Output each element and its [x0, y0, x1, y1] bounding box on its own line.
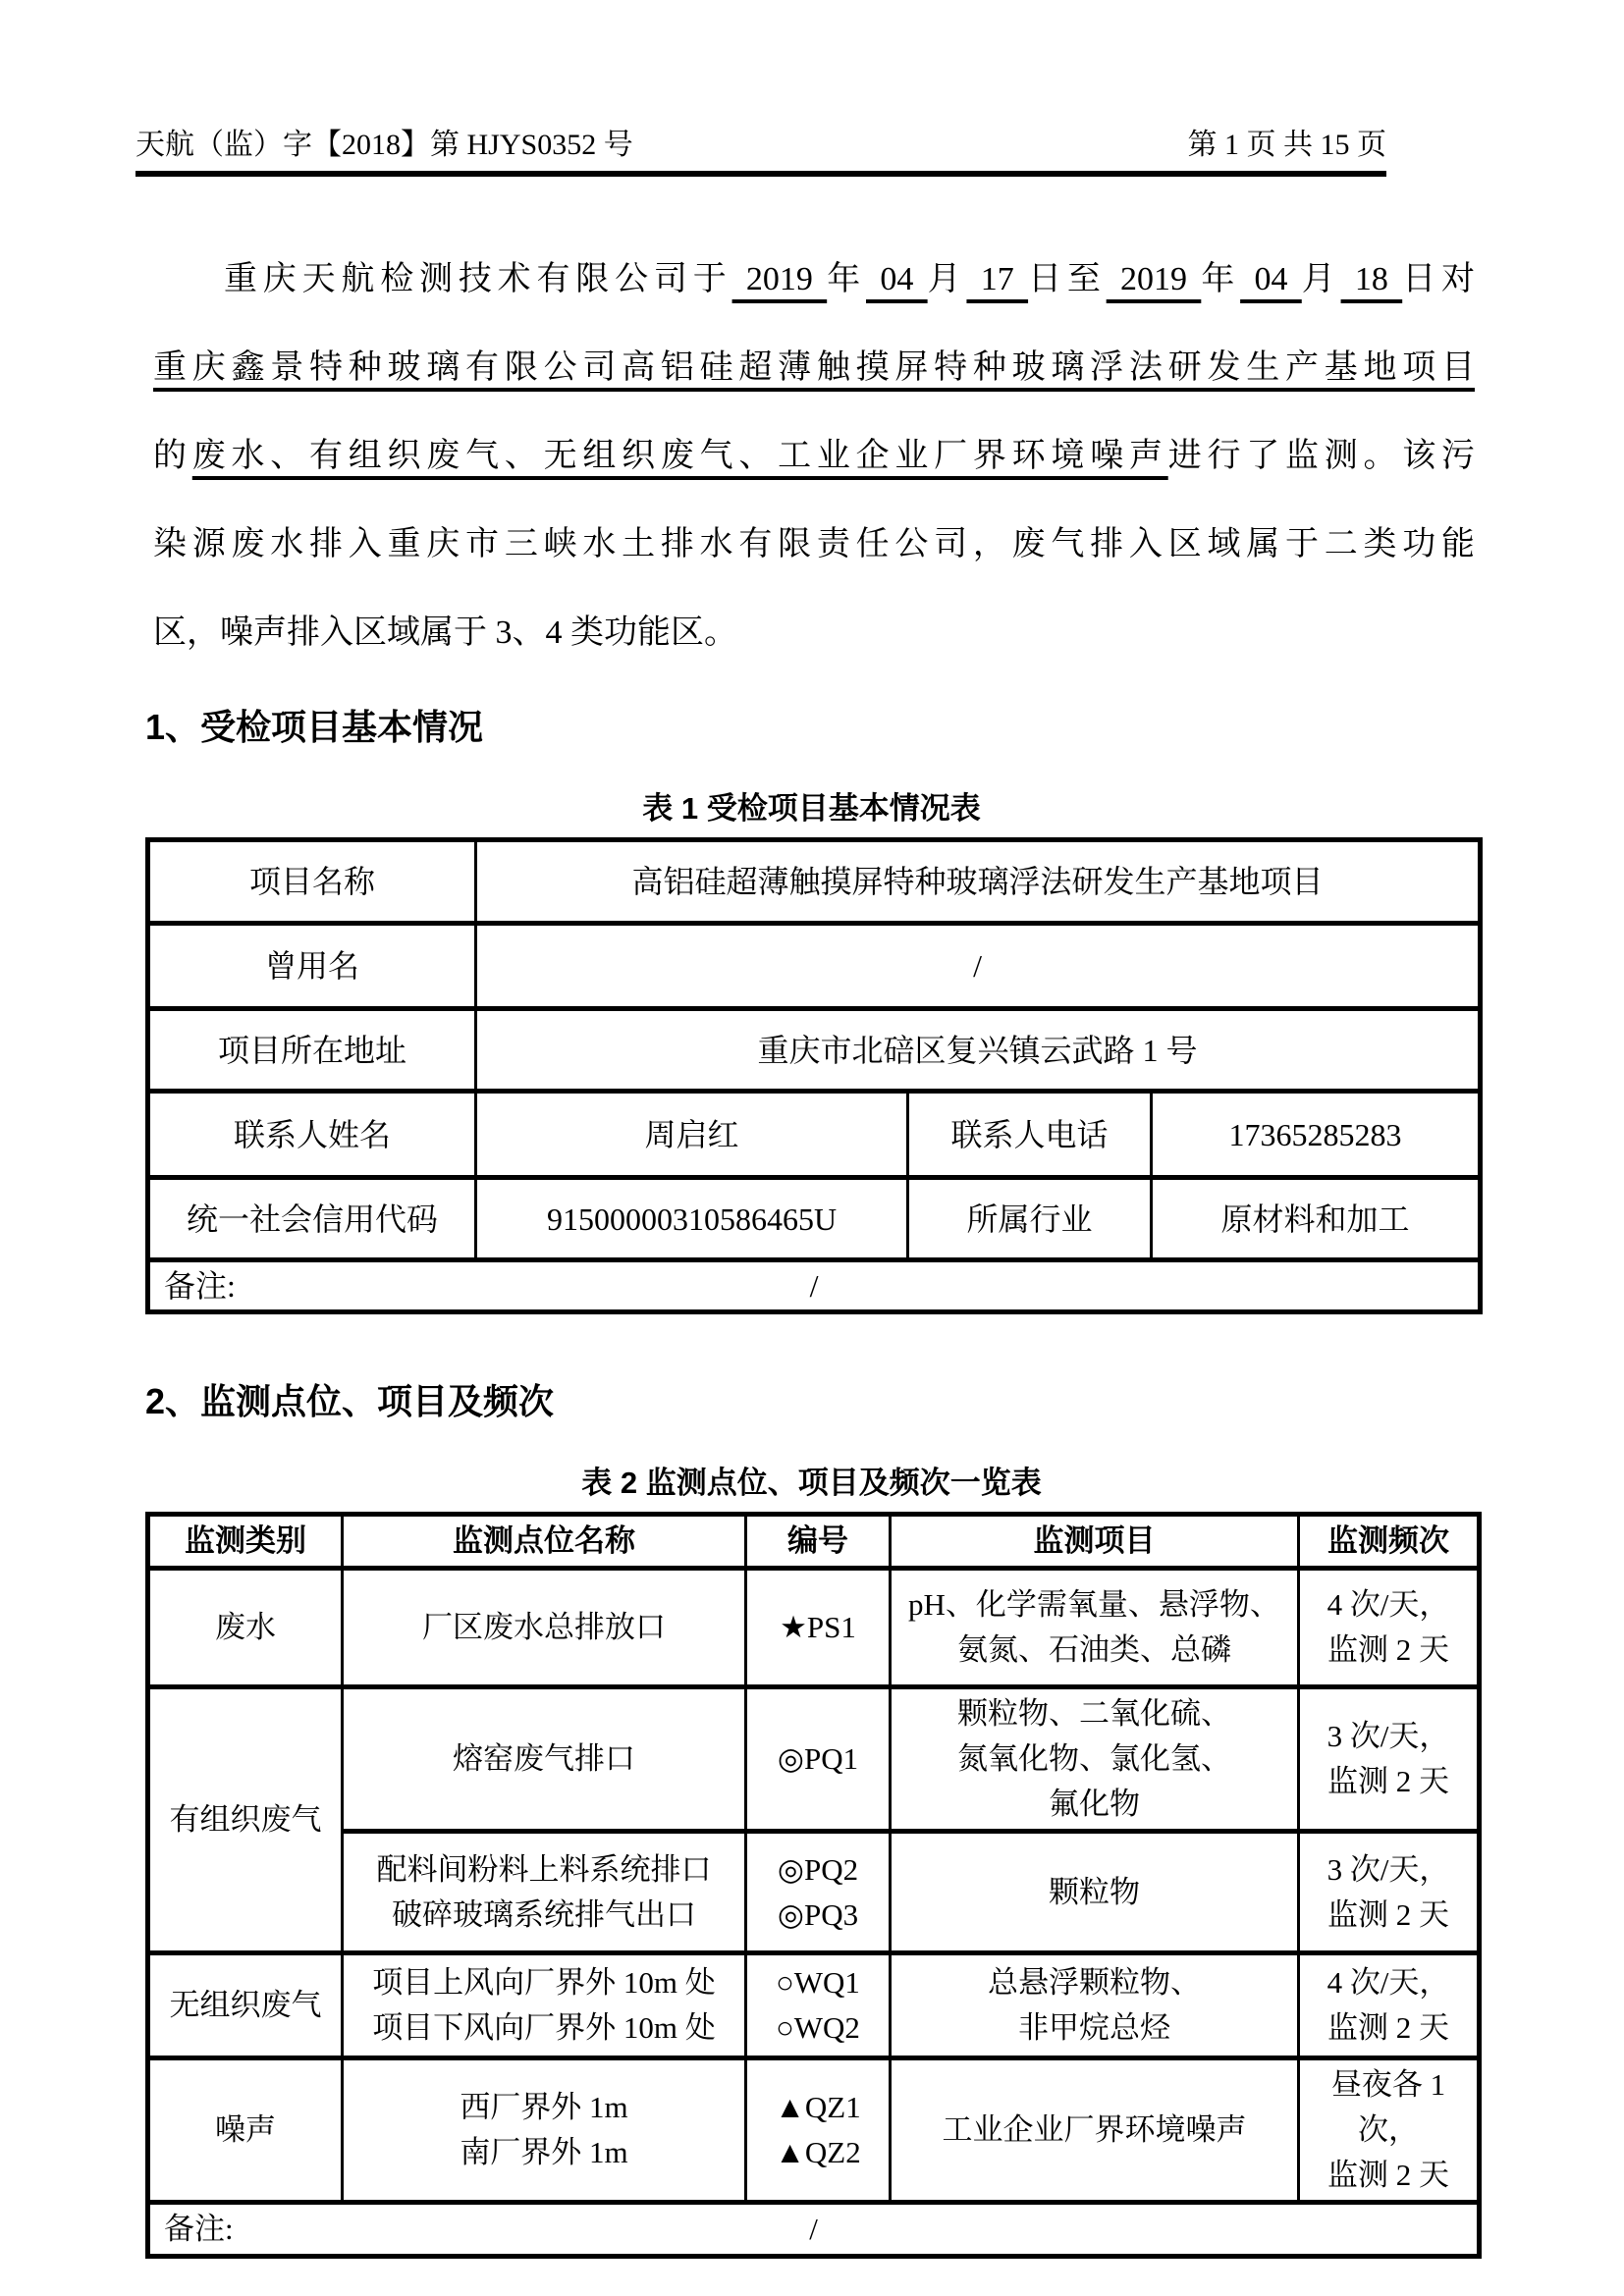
t2-note-label: 备注: [164, 2207, 234, 2252]
section-1-heading: 1、受检项目基本情况 [145, 707, 1478, 748]
intro-text: 日至 [1028, 261, 1107, 297]
cell-line: 监测 2 天 [1306, 1759, 1471, 1804]
underlined-date-year1: 2019 [732, 261, 828, 297]
document-number: 天航（监）字【2018】第 HJYS0352 号 [135, 120, 633, 163]
t1-address-value: 重庆市北碚区复兴镇云武路 1 号 [476, 1009, 1481, 1092]
t1-industry-label: 所属行业 [908, 1178, 1152, 1260]
cell-line: 氮氧化物、氯化氢、 [897, 1736, 1291, 1782]
t2-noise-position: 西厂界外 1m 南厂界外 1m [343, 2058, 746, 2203]
section-2-heading: 2、监测点位、项目及频次 [145, 1381, 1478, 1422]
cell-line: ○WQ1 [753, 1960, 883, 2005]
cell-line: 昼夜各 1 次， [1306, 2062, 1471, 2153]
cell-line: 颗粒物、二氧化硫、 [897, 1691, 1291, 1736]
table-row: 备注: / [148, 2203, 1480, 2257]
t2-batching-frequency: 3 次/天， 监测 2 天 [1299, 1832, 1480, 1953]
cell-line: ◎PQ2 [753, 1847, 883, 1893]
t2-batching-items: 颗粒物 [891, 1832, 1299, 1953]
cell-line: ▲QZ2 [753, 2130, 883, 2175]
table-row-wastewater: 废水 厂区废水总排放口 ★PS1 pH、化学需氧量、悬浮物、 氨氮、石油类、总磷… [148, 1569, 1480, 1687]
t1-address-label: 项目所在地址 [148, 1009, 476, 1092]
t1-contact-name-value: 周启红 [476, 1092, 908, 1178]
t1-contact-name-label: 联系人姓名 [148, 1092, 476, 1178]
underlined-date-day2: 18 [1341, 261, 1403, 297]
intro-text: 月 [928, 261, 967, 297]
underlined-monitoring-scope: 废水、有组织废气、无组织废气、工业企业厂界环境噪声 [192, 438, 1168, 474]
intro-text: 日对 [1402, 261, 1475, 297]
table-row: 统一社会信用代码 91500000310586465U 所属行业 原材料和加工 [148, 1178, 1481, 1260]
t1-industry-value: 原材料和加工 [1152, 1178, 1481, 1260]
t2-noise-frequency: 昼夜各 1 次， 监测 2 天 [1299, 2058, 1480, 2203]
cell-line: 氟化物 [897, 1782, 1291, 1827]
intro-line-3: 的废水、有组织废气、无组织废气、工业企业厂界环境噪声进行了监测。该污 [153, 412, 1475, 501]
t2-wastewater-items: pH、化学需氧量、悬浮物、 氨氮、石油类、总磷 [891, 1569, 1299, 1687]
cell-line: 4 次/天， [1306, 1582, 1471, 1628]
underlined-date-year2: 2019 [1107, 261, 1202, 297]
table-1-caption: 表 1 受检项目基本情况表 [145, 783, 1478, 828]
t2-noise-code: ▲QZ1 ▲QZ2 [746, 2058, 891, 2203]
t2-furnace-code: ◎PQ1 [746, 1687, 891, 1832]
page-header: 天航（监）字【2018】第 HJYS0352 号 第 1 页 共 15 页 [135, 0, 1386, 177]
t2-furnace-frequency: 3 次/天， 监测 2 天 [1299, 1687, 1480, 1832]
t2-fugitive-code: ○WQ1 ○WQ2 [746, 1953, 891, 2058]
cell-line: 氨氮、石油类、总磷 [897, 1628, 1291, 1673]
cell-line: 项目下风向厂界外 10m 处 [350, 2005, 738, 2051]
table-row-fugitive: 无组织废气 项目上风向厂界外 10m 处 项目下风向厂界外 10m 处 ○WQ1… [148, 1953, 1480, 2058]
t2-fugitive-category: 无组织废气 [148, 1953, 343, 2058]
t2-wastewater-code: ★PS1 [746, 1569, 891, 1687]
underlined-date-month1: 04 [866, 261, 928, 297]
t1-contact-phone-value: 17365285283 [1152, 1092, 1481, 1178]
cell-line: pH、化学需氧量、悬浮物、 [897, 1582, 1291, 1628]
t2-furnace-items: 颗粒物、二氧化硫、 氮氧化物、氯化氢、 氟化物 [891, 1687, 1299, 1832]
intro-text: 年 [1201, 261, 1240, 297]
cell-line: 破碎玻璃系统排气出口 [350, 1893, 738, 1938]
page-content: 天航（监）字【2018】第 HJYS0352 号 第 1 页 共 15 页 重庆… [145, 0, 1478, 2259]
t2-fugitive-frequency: 4 次/天， 监测 2 天 [1299, 1953, 1480, 2058]
cell-line: 南厂界外 1m [350, 2130, 738, 2175]
intro-text: 月 [1302, 261, 1341, 297]
t2-wastewater-frequency: 4 次/天， 监测 2 天 [1299, 1569, 1480, 1687]
t1-note-value: / [810, 1268, 819, 1304]
intro-text: 进行了监测。该污 [1168, 438, 1475, 474]
t1-note-label: 备注: [164, 1264, 236, 1308]
t2-batching-code: ◎PQ2 ◎PQ3 [746, 1832, 891, 1953]
table-row-organized-batching: 配料间粉料上料系统排口 破碎玻璃系统排气出口 ◎PQ2 ◎PQ3 颗粒物 3 次… [148, 1832, 1480, 1953]
cell-line: 3 次/天， [1306, 1847, 1471, 1893]
intro-line-2: 重庆鑫景特种玻璃有限公司高铝硅超薄触摸屏特种玻璃浮法研发生产基地项目 [153, 324, 1475, 412]
table-row: 曾用名 / [148, 924, 1481, 1009]
cell-line: 非甲烷总烃 [897, 2005, 1291, 2051]
table-header-row: 监测类别 监测点位名称 编号 监测项目 监测频次 [148, 1515, 1480, 1569]
t1-former-name-value: / [476, 924, 1481, 1009]
underlined-date-month2: 04 [1240, 261, 1302, 297]
intro-text: 的 [153, 438, 192, 474]
t2-header-code: 编号 [746, 1515, 891, 1569]
t2-header-frequency: 监测频次 [1299, 1515, 1480, 1569]
cell-line: 监测 2 天 [1306, 2005, 1471, 2051]
table-row-organized-furnace: 有组织废气 熔窑废气排口 ◎PQ1 颗粒物、二氧化硫、 氮氧化物、氯化氢、 氟化… [148, 1687, 1480, 1832]
cell-line: 配料间粉料上料系统排口 [350, 1847, 738, 1893]
t1-note-cell: 备注: / [148, 1260, 1481, 1312]
t2-wastewater-category: 废水 [148, 1569, 343, 1687]
table-2-caption: 表 2 监测点位、项目及频次一览表 [145, 1458, 1478, 1502]
t2-noise-items: 工业企业厂界环境噪声 [891, 2058, 1299, 2203]
t1-project-name-label: 项目名称 [148, 840, 476, 924]
cell-line: 西厂界外 1m [350, 2085, 738, 2130]
t2-fugitive-position: 项目上风向厂界外 10m 处 项目下风向厂界外 10m 处 [343, 1953, 746, 2058]
t1-project-name-value: 高铝硅超薄触摸屏特种玻璃浮法研发生产基地项目 [476, 840, 1481, 924]
t2-noise-category: 噪声 [148, 2058, 343, 2203]
cell-line: ▲QZ1 [753, 2085, 883, 2130]
table-row-noise: 噪声 西厂界外 1m 南厂界外 1m ▲QZ1 ▲QZ2 工业企业厂界环境噪声 … [148, 2058, 1480, 2203]
table-row: 项目名称 高铝硅超薄触摸屏特种玻璃浮法研发生产基地项目 [148, 840, 1481, 924]
t2-header-items: 监测项目 [891, 1515, 1299, 1569]
cell-line: 监测 2 天 [1306, 2153, 1471, 2198]
t2-fugitive-items: 总悬浮颗粒物、 非甲烷总烃 [891, 1953, 1299, 2058]
cell-line: 项目上风向厂界外 10m 处 [350, 1960, 738, 2005]
t1-contact-phone-label: 联系人电话 [908, 1092, 1152, 1178]
page-indicator: 第 1 页 共 15 页 [1188, 120, 1387, 163]
cell-line: 3 次/天， [1306, 1714, 1471, 1759]
t2-header-category: 监测类别 [148, 1515, 343, 1569]
table-row: 备注: / [148, 1260, 1481, 1312]
t2-batching-position: 配料间粉料上料系统排口 破碎玻璃系统排气出口 [343, 1832, 746, 1953]
table-1-basic-info: 项目名称 高铝硅超薄触摸屏特种玻璃浮法研发生产基地项目 曾用名 / 项目所在地址… [145, 837, 1483, 1314]
t1-credit-code-label: 统一社会信用代码 [148, 1178, 476, 1260]
cell-line: 监测 2 天 [1306, 1893, 1471, 1938]
t2-note-cell: 备注: / [148, 2203, 1480, 2257]
intro-line-5: 区，噪声排入区域属于 3、4 类功能区。 [153, 589, 1475, 677]
intro-text: 年 [827, 261, 866, 297]
cell-line: ◎PQ3 [753, 1893, 883, 1938]
t2-furnace-position: 熔窑废气排口 [343, 1687, 746, 1832]
cell-line: 4 次/天， [1306, 1960, 1471, 2005]
t2-header-position: 监测点位名称 [343, 1515, 746, 1569]
intro-line-4: 染源废水排入重庆市三峡水土排水有限责任公司，废气排入区域属于二类功能 [153, 501, 1475, 589]
t1-credit-code-value: 91500000310586465U [476, 1178, 908, 1260]
t2-note-value: / [809, 2212, 818, 2246]
underlined-date-day1: 17 [966, 261, 1028, 297]
intro-text: 重庆天航检测技术有限公司于 [224, 261, 732, 297]
t2-wastewater-position: 厂区废水总排放口 [343, 1569, 746, 1687]
cell-line: 监测 2 天 [1306, 1628, 1471, 1673]
cell-line: ○WQ2 [753, 2005, 883, 2051]
table-2-monitoring-plan: 监测类别 监测点位名称 编号 监测项目 监测频次 废水 厂区废水总排放口 ★PS… [145, 1512, 1482, 2259]
table-row: 联系人姓名 周启红 联系人电话 17365285283 [148, 1092, 1481, 1178]
underlined-company-project: 重庆鑫景特种玻璃有限公司高铝硅超薄触摸屏特种玻璃浮法研发生产基地项目 [153, 349, 1475, 386]
document-page: 天航（监）字【2018】第 HJYS0352 号 第 1 页 共 15 页 重庆… [0, 0, 1624, 2296]
intro-line-1: 重庆天航检测技术有限公司于 2019 年 04 月 17 日至 2019 年 0… [153, 236, 1475, 324]
intro-paragraph: 重庆天航检测技术有限公司于 2019 年 04 月 17 日至 2019 年 0… [153, 236, 1475, 677]
t2-organized-category: 有组织废气 [148, 1687, 343, 1953]
table-row: 项目所在地址 重庆市北碚区复兴镇云武路 1 号 [148, 1009, 1481, 1092]
cell-line: 总悬浮颗粒物、 [897, 1960, 1291, 2005]
t1-former-name-label: 曾用名 [148, 924, 476, 1009]
